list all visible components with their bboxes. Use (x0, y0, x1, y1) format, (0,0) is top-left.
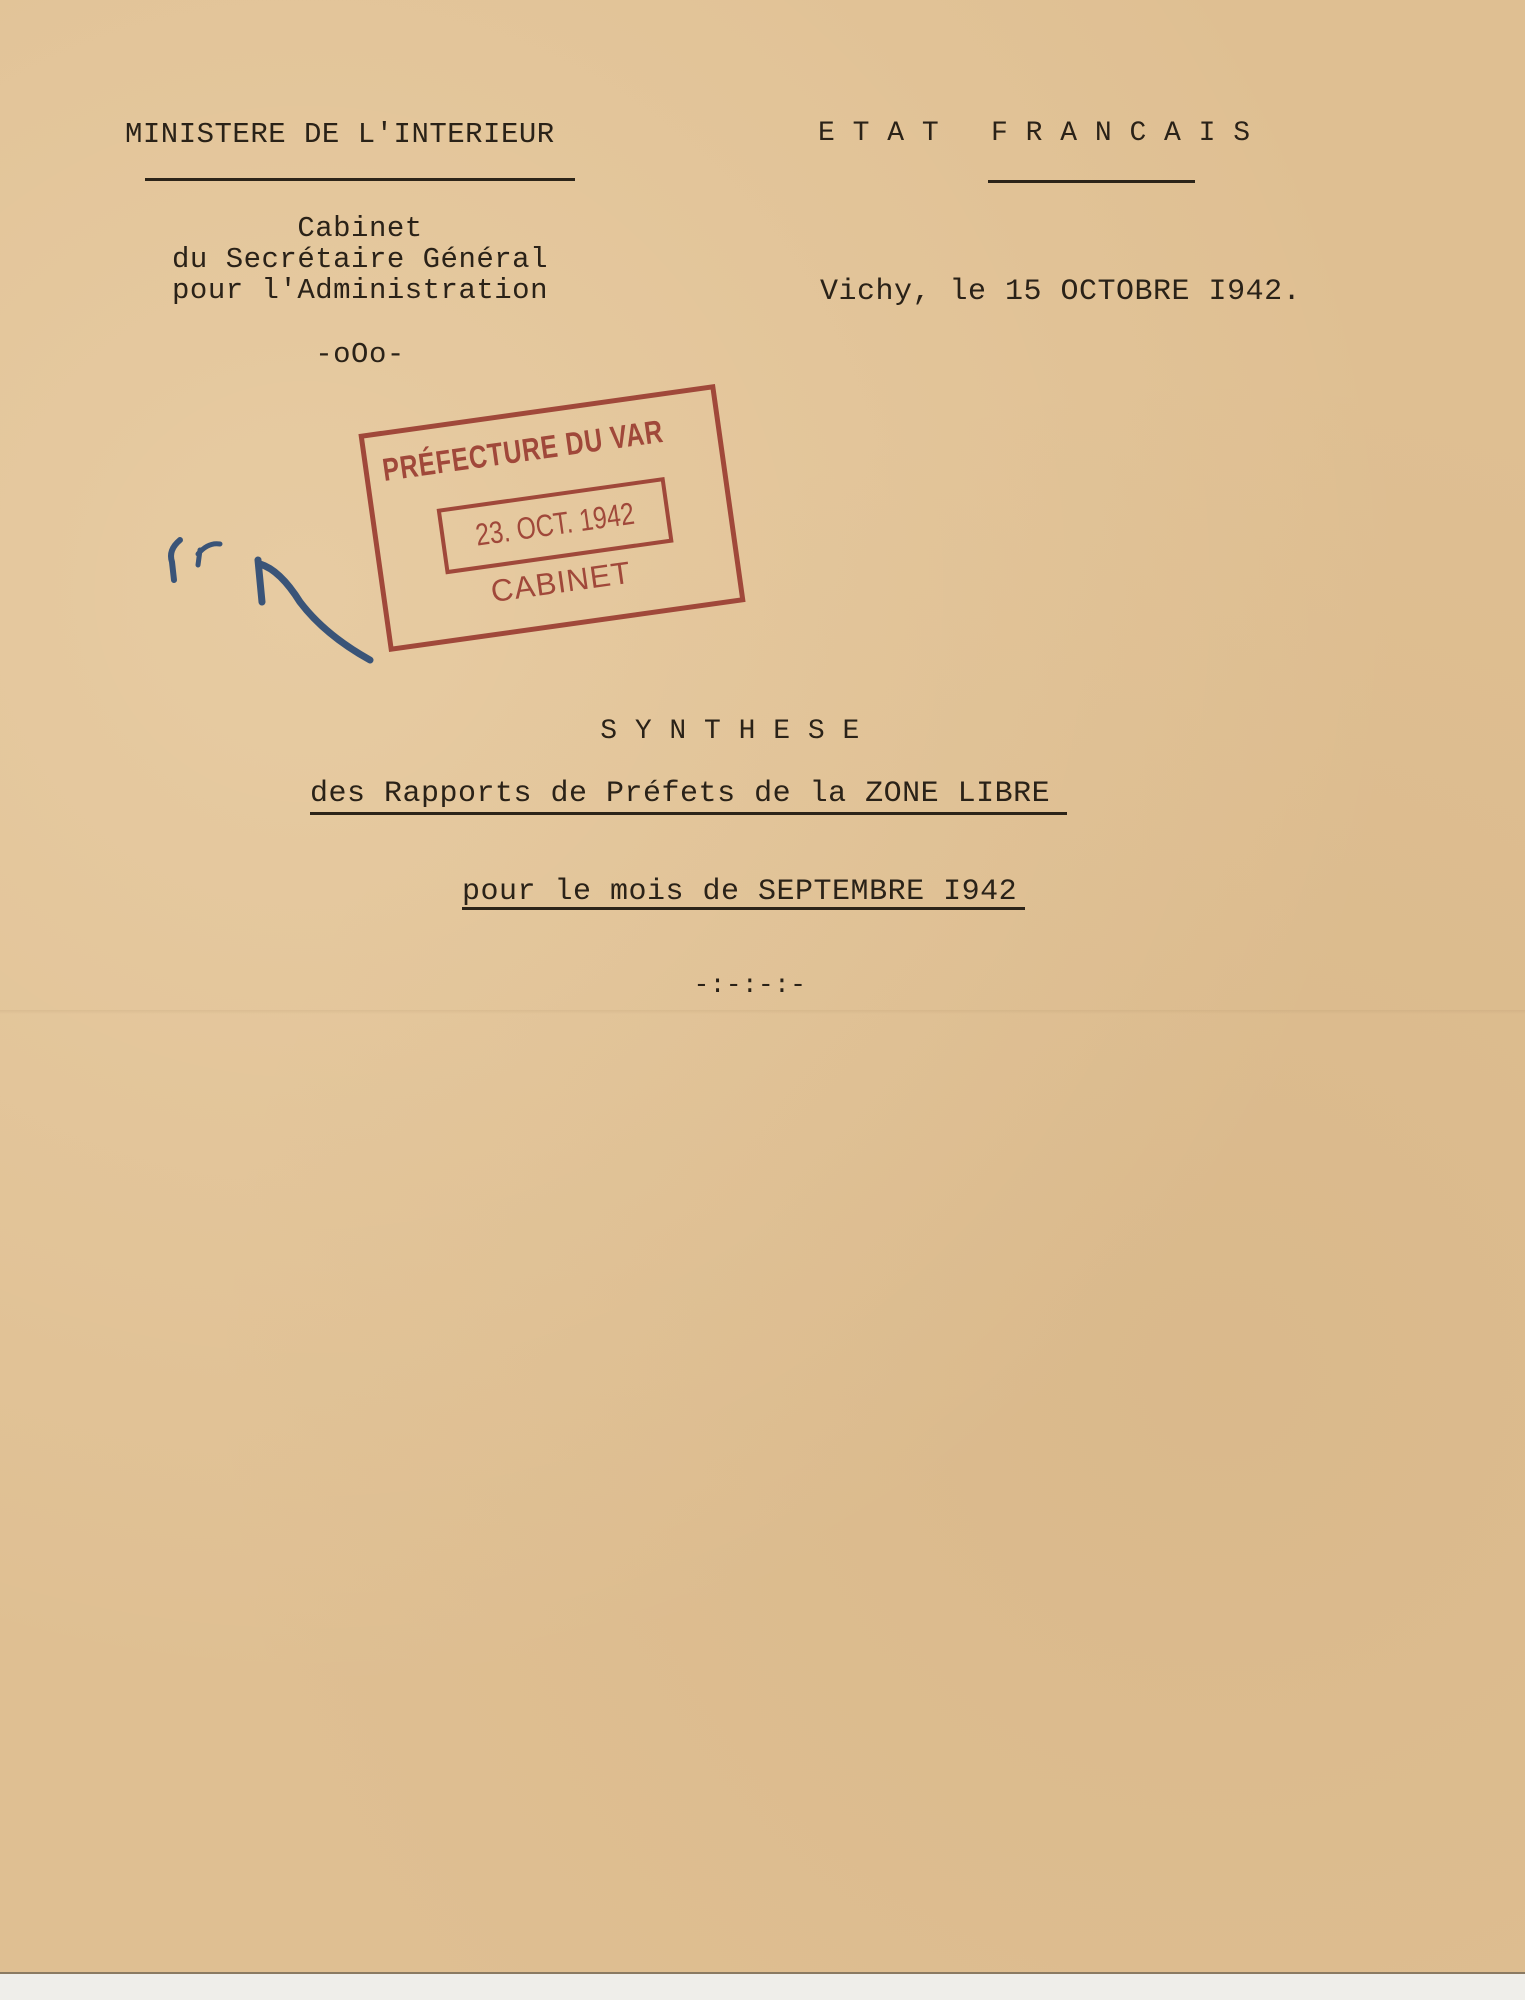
document-period: pour le mois de SEPTEMBRE I942 (462, 875, 1017, 909)
ministry-underline (145, 178, 575, 181)
separator: -:-:-:- (640, 970, 860, 1000)
handwritten-annotation-icon (160, 510, 380, 680)
stamp-date: 23. OCT. 1942 (465, 494, 646, 554)
office-line-2: du Secrétaire Général (160, 243, 560, 276)
place-date: Vichy, le 15 OCTOBRE I942. (820, 275, 1301, 309)
subtitle-underline (310, 812, 1067, 815)
ornament: -oOo- (260, 338, 460, 371)
office-line-1: Cabinet (160, 212, 560, 245)
period-underline (462, 907, 1025, 910)
state-heading: E T A T F R A N C A I S (818, 118, 1251, 149)
ministry-heading: MINISTERE DE L'INTERIEUR (125, 118, 555, 151)
document-subtitle: des Rapports de Préfets de la ZONE LIBRE (310, 777, 1050, 811)
paper-fold (0, 1010, 1525, 1014)
office-line-3: pour l'Administration (160, 274, 560, 307)
stamp-prefecture-label: PRÉFECTURE DU VAR (380, 413, 666, 489)
state-underline (988, 180, 1195, 183)
document-title: S Y N T H E S E (480, 716, 980, 747)
